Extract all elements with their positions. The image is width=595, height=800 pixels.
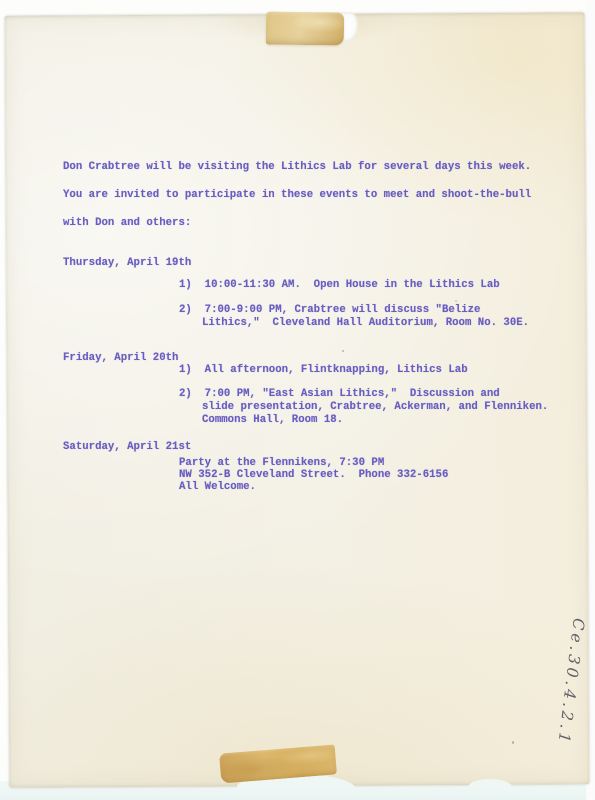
memo-intro-line-3: with Don and others: — [63, 217, 191, 230]
memo-intro-line-2: You are invited to participate in these … — [63, 189, 531, 202]
paper-bottom-edge-gap — [468, 779, 512, 788]
saturday-line-3: All Welcome. — [179, 481, 256, 494]
date-heading-saturday: Saturday, April 21st — [63, 441, 191, 454]
thursday-event-2-line-1: 2) 7:00-9:00 PM, Crabtree will discuss "… — [179, 304, 480, 317]
date-heading-thursday: Thursday, April 19th — [63, 257, 191, 270]
friday-event-2-line-1: 2) 7:00 PM, "East Asian Lithics," Discus… — [179, 388, 500, 401]
scanned-memo: Don Crabtree will be visiting the Lithic… — [0, 0, 595, 800]
friday-event-1: 1) All afternoon, Flintknapping, Lithics… — [179, 364, 468, 377]
dust-speck — [342, 350, 344, 352]
dust-speck — [512, 741, 514, 744]
thursday-event-2-line-2: Lithics," Cleveland Hall Auditorium, Roo… — [202, 317, 529, 330]
friday-event-2-line-2: slide presentation, Crabtree, Ackerman, … — [202, 401, 548, 414]
tape-piece-top — [266, 11, 344, 45]
memo-intro-line-1: Don Crabtree will be visiting the Lithic… — [63, 161, 531, 174]
dust-speck — [455, 300, 457, 302]
friday-event-2-line-3: Commons Hall, Room 18. — [202, 414, 343, 427]
thursday-event-1: 1) 10:00-11:30 AM. Open House in the Lit… — [179, 279, 500, 292]
date-heading-friday: Friday, April 20th — [63, 352, 178, 365]
